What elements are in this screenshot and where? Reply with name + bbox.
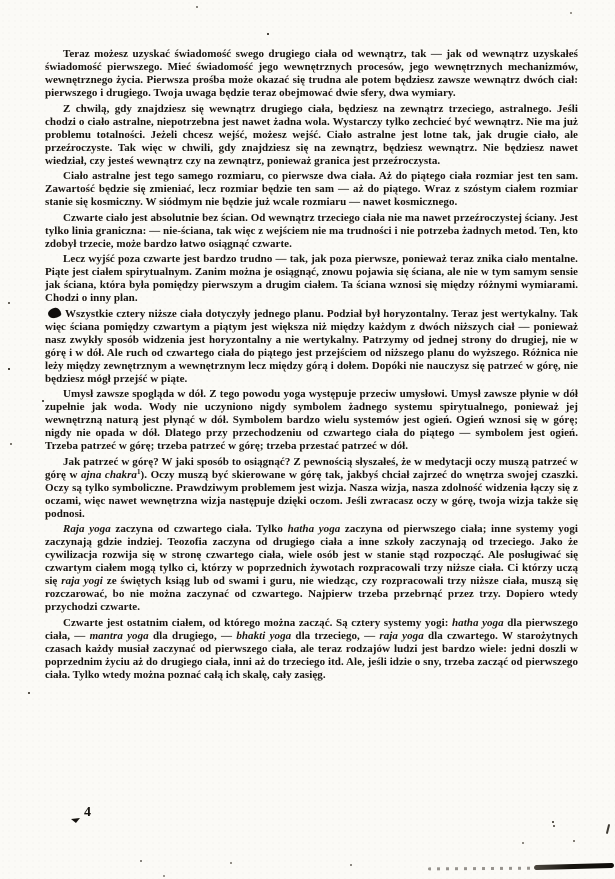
- text-run: zaczyna od czwartego ciała. Tylko: [111, 523, 288, 535]
- text-run: ze świętych ksiąg lub od swami i guru, n…: [45, 575, 578, 613]
- scan-speck-field: [0, 0, 2, 2]
- text-run: Wszystkie cztery niższe ciała dotyczyły …: [45, 308, 578, 385]
- paragraph: Jak patrzeć w górę? W jaki sposób to osi…: [45, 456, 578, 521]
- paragraph: Raja yoga zaczyna od czwartego ciała. Ty…: [45, 523, 578, 614]
- paragraph: Ciało astralne jest tego samego rozmiaru…: [45, 170, 578, 209]
- paragraph: Lecz wyjść poza czwarte jest bardzo trud…: [45, 253, 578, 305]
- ink-blot-mark: [47, 306, 62, 318]
- paragraph: Czwarte ciało jest absolutnie bez ścian.…: [45, 212, 578, 251]
- paragraph: Z chwilą, gdy znajdziesz się wewnątrz dr…: [45, 103, 578, 168]
- scanned-book-page: Teraz możesz uzyskać świadomość swego dr…: [0, 0, 615, 879]
- text-run: Czwarte ciało jest absolutnie bez ścian.…: [45, 212, 578, 250]
- paragraph: Wszystkie cztery niższe ciała dotyczyły …: [45, 308, 578, 386]
- text-run: dla trzeciego, —: [291, 630, 379, 642]
- text-run: Teraz możesz uzyskać świadomość swego dr…: [45, 48, 578, 99]
- scan-edge-tick: [606, 824, 610, 834]
- page-text: Teraz możesz uzyskać świadomość swego dr…: [45, 48, 578, 684]
- scan-smudge-dark: [534, 863, 614, 870]
- italic-term: Raja yoga: [63, 523, 111, 535]
- italic-term: hatha yoga: [452, 617, 504, 629]
- paragraph: Czwarte jest ostatnim ciałem, od którego…: [45, 617, 578, 682]
- italic-term: raja yoga: [379, 630, 423, 642]
- scan-smudge-faint: [428, 867, 544, 871]
- italic-term: raja yogi: [61, 575, 103, 587]
- text-run: Z chwilą, gdy znajdziesz się wewnątrz dr…: [45, 103, 578, 167]
- italic-term: hatha yoga: [288, 523, 341, 535]
- italic-term: bhakti yoga: [236, 630, 291, 642]
- text-run: Czwarte jest ostatnim ciałem, od którego…: [63, 617, 452, 629]
- italic-term: ajna chakra: [81, 469, 137, 481]
- text-run: Lecz wyjść poza czwarte jest bardzo trud…: [45, 253, 578, 304]
- text-run: Umysł zawsze spogląda w dół. Z tego powo…: [45, 388, 578, 452]
- scan-ink-wedge: [71, 818, 80, 823]
- text-run: dla drugiego, —: [149, 630, 237, 642]
- text-run: Ciało astralne jest tego samego rozmiaru…: [45, 170, 578, 208]
- paragraph: Umysł zawsze spogląda w dół. Z tego powo…: [45, 388, 578, 453]
- paragraph: Teraz możesz uzyskać świadomość swego dr…: [45, 48, 578, 100]
- italic-term: mantra yoga: [90, 630, 149, 642]
- page-number: 4: [84, 805, 91, 821]
